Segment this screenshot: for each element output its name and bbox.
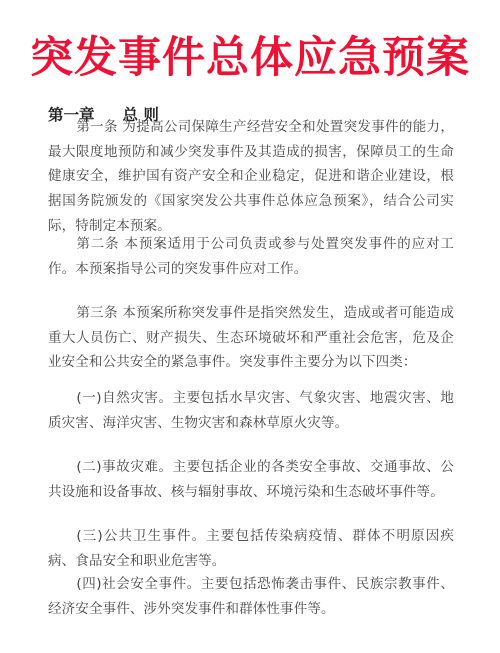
article-2: 第二条 本预案适用于公司负责或参与处置突发事件的应对工作。本预案指导公司的突发事… [48, 232, 454, 281]
document-title: 突发事件总体应急预案 [0, 33, 500, 83]
article-1: 第一条 为提高公司保障生产经营安全和处置突发事件的能力，最大限度地预防和减少突发… [48, 115, 454, 239]
article-3: 第三条 本预案所称突发事件是指突然发生，造成或者可能造成重大人员伤亡、财产损失、… [48, 301, 454, 375]
category-social-security: (四)社会安全事件。主要包括恐怖袭击事件、民族宗教事件、经济安全事件、涉外突发事… [48, 572, 454, 621]
category-public-health: (三)公共卫生事件。主要包括传染病疫情、群体不明原因疾病、食品安全和职业危害等。 [48, 524, 454, 573]
category-accidents: (二)事故灾难。主要包括企业的各类安全事故、交通事故、公共设施和设备事故、核与辐… [48, 455, 454, 504]
category-natural-disasters: (一)自然灾害。主要包括水旱灾害、气象灾害、地震灾害、地质灾害、海洋灾害、生物灾… [48, 386, 454, 435]
